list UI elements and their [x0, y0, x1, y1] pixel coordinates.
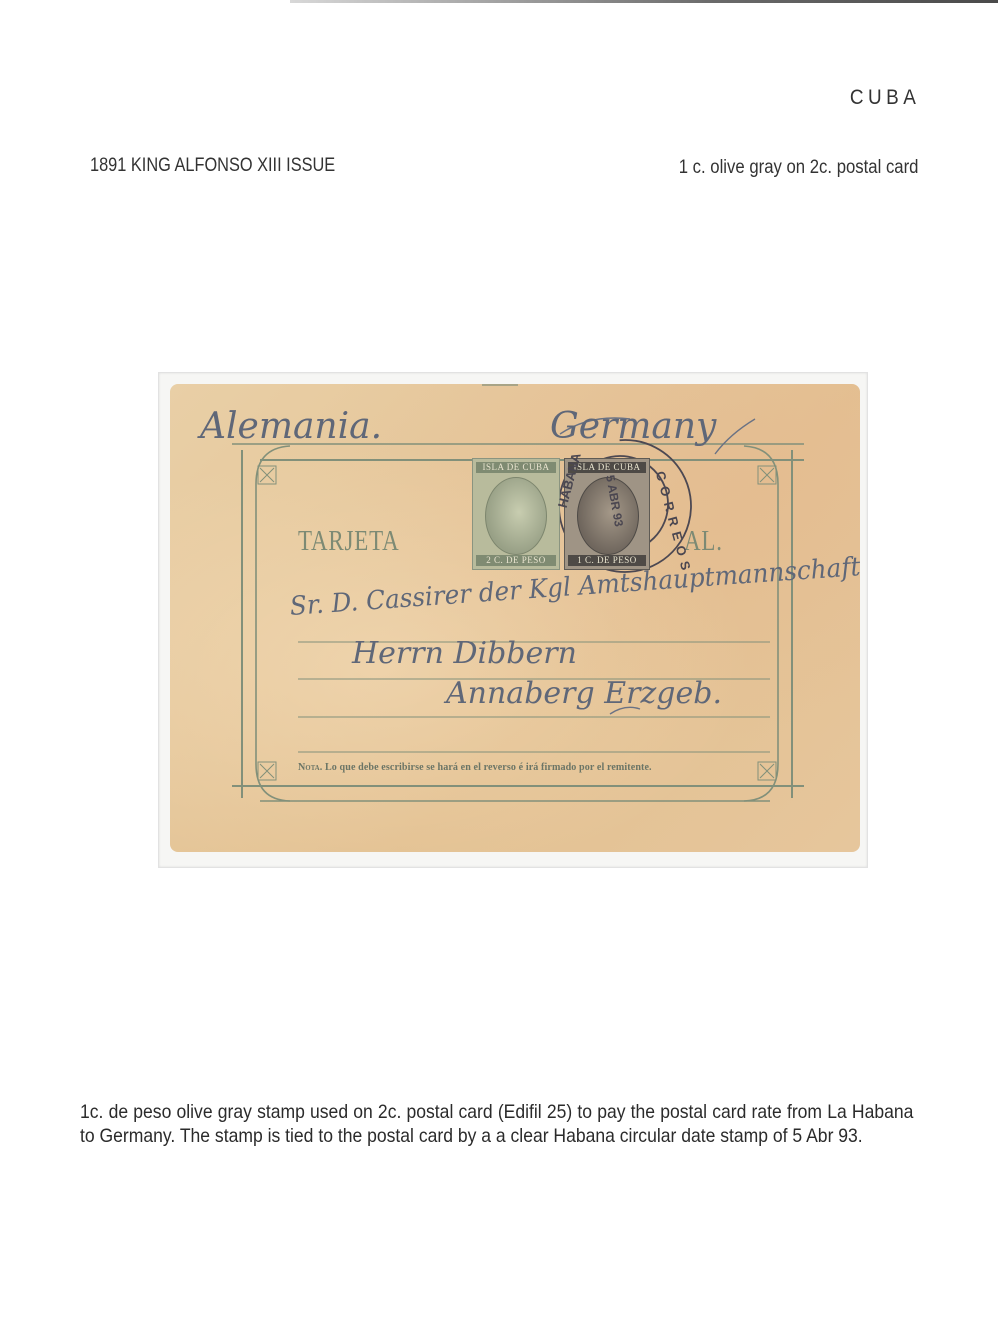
issue-title: 1891 KING ALFONSO XIII ISSUE: [90, 155, 335, 177]
printed-2c-stamp: ISLA DE CUBA 2 C. DE PESO: [472, 458, 560, 570]
address-line-3: Annaberg Erzgeb.: [446, 676, 722, 711]
note-text: Lo que debe escribirse se hará en el rev…: [325, 762, 652, 773]
handwritten-destination-english: Germany: [550, 406, 716, 447]
handwritten-destination-spanish: Alemania.: [200, 406, 382, 447]
description-paragraph: 1c. de peso olive gray stamp used on 2c.…: [80, 1100, 913, 1148]
card-title-left: TARJETA: [298, 526, 400, 558]
stamp-top-label: ISLA DE CUBA: [476, 462, 556, 473]
item-subject: 1 c. olive gray on 2c. postal card: [678, 157, 918, 179]
address-line-2: Herrn Dibbern: [352, 636, 577, 671]
stamp-bottom-label: 1 C. DE PESO: [568, 555, 646, 566]
top-border-rule: [290, 0, 998, 3]
country-heading: CUBA: [849, 86, 920, 110]
note-prefix: Nota.: [298, 762, 322, 773]
postal-card: Alemania. Germany TARJETA AL. ISLA DE CU…: [170, 384, 860, 852]
card-frame-ornament: [170, 384, 860, 852]
king-portrait: [485, 477, 547, 555]
card-note: Nota. Lo que debe escribirse se hará en …: [298, 762, 652, 773]
stamp-bottom-label: 2 C. DE PESO: [476, 555, 556, 566]
